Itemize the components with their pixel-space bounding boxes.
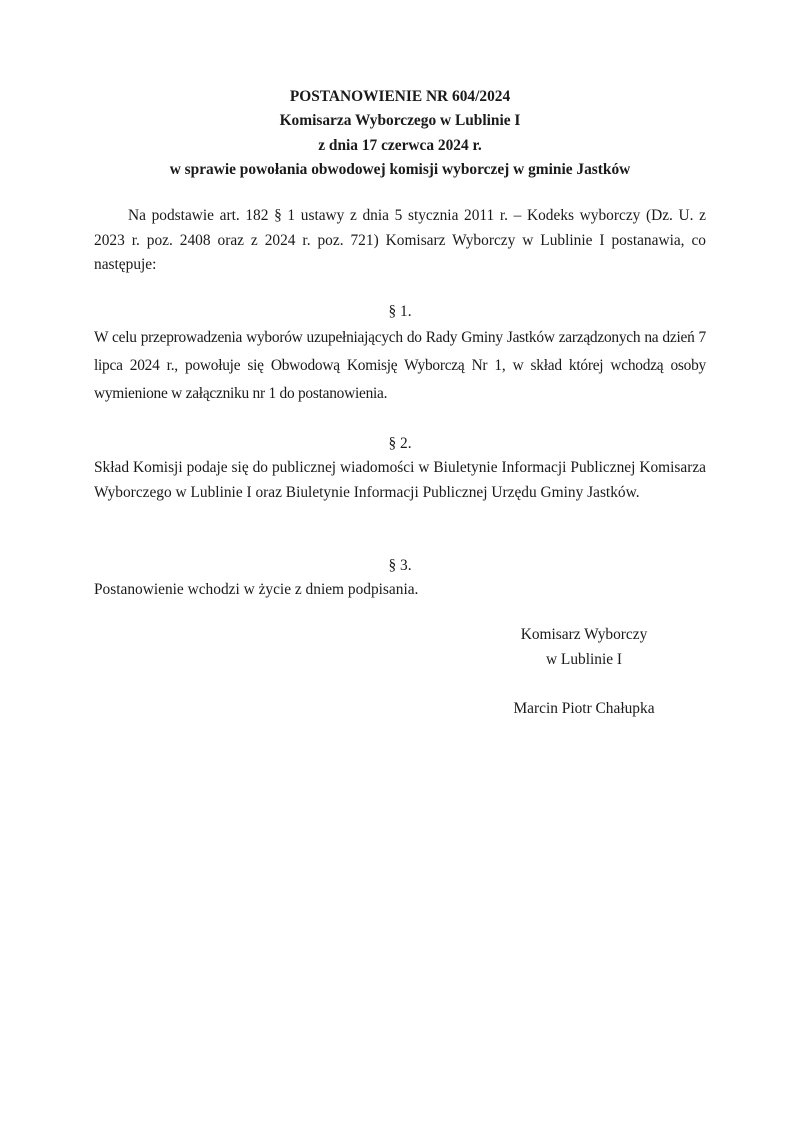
document-title: POSTANOWIENIE NR 604/2024 <box>94 85 706 109</box>
section-2-text: Skład Komisji podaje się do publicznej w… <box>94 456 706 505</box>
document-date: z dnia 17 czerwca 2024 r. <box>94 134 706 158</box>
legal-basis-paragraph: Na podstawie art. 182 § 1 ustawy z dnia … <box>94 204 706 278</box>
section-3-text: Postanowienie wchodzi w życie z dniem po… <box>94 578 706 602</box>
document-issuer: Komisarza Wyborczego w Lublinie I <box>94 109 706 133</box>
signatory-name: Marcin Piotr Chałupka <box>464 697 704 722</box>
section-3-sign: § 3. <box>94 554 706 578</box>
signature-role: Komisarz Wyborczy <box>464 623 704 648</box>
signature-block: Komisarz Wyborczy w Lublinie I Marcin Pi… <box>464 623 704 722</box>
signature-location: w Lublinie I <box>464 648 704 673</box>
document-header: POSTANOWIENIE NR 604/2024 Komisarza Wybo… <box>94 85 706 182</box>
section-1-text: W celu przeprowadzenia wyborów uzupełnia… <box>94 324 706 408</box>
section-1-sign: § 1. <box>94 300 706 324</box>
document-subject: w sprawie powołania obwodowej komisji wy… <box>94 158 706 182</box>
section-2-sign: § 2. <box>94 432 706 456</box>
